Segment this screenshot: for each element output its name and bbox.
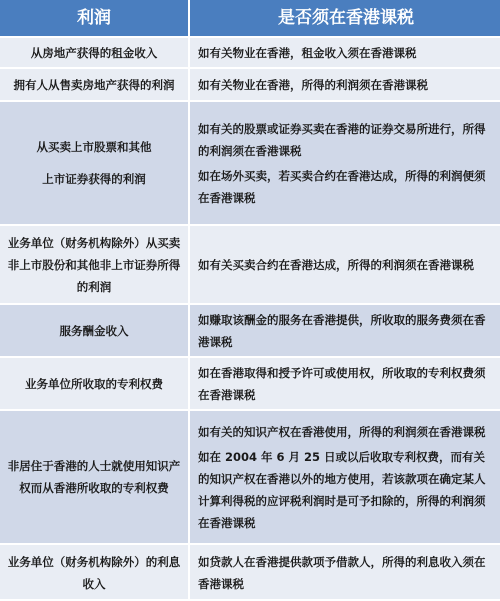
tax-table: 利润 是否须在香港课税 从房地产获得的租金收入 如有关物业在香港，租金收入须在香…: [0, 0, 500, 601]
row-2-taxable: 如有关物业在香港，所得的利润须在香港课税: [190, 69, 500, 102]
row-2-profit-text: 拥有人从售卖房地产获得的利润: [14, 74, 175, 96]
header-taxable: 是否须在香港课税: [190, 0, 500, 38]
row-1-taxable: 如有关物业在香港，租金收入须在香港课税: [190, 38, 500, 69]
row-6-taxable: 如在香港取得和授予许可或使用权，所收取的专利权费须在香港课税: [190, 358, 500, 411]
row-6-profit: 业务单位所收取的专利权费: [0, 358, 190, 411]
row-2-taxable-text: 如有关物业在香港，所得的利润须在香港课税: [198, 74, 494, 96]
row-3-taxable: 如有关的股票或证券买卖在香港的证券交易所进行，所得的利润须在香港课税 如在场外买…: [190, 102, 500, 226]
row-7-taxable-para-1: 如有关的知识产权在香港使用，所得的利润须在香港课税: [198, 421, 494, 443]
row-3-profit: 从买卖上市股票和其他 上市证券获得的利润: [0, 102, 190, 226]
row-3-taxable-para-2: 如在场外买卖，若买卖合约在香港达成，所得的利润便须在香港课税: [198, 165, 494, 209]
row-7-profit-text: 非居住于香港的人士就使用知识产权而从香港所收取的专利权费: [6, 455, 182, 499]
row-1-profit-text: 从房地产获得的租金收入: [31, 42, 158, 64]
row-8-taxable-text: 如贷款人在香港提供款项予借款人，所得的利息收入须在香港课税: [198, 551, 494, 595]
row-2-profit: 拥有人从售卖房地产获得的利润: [0, 69, 190, 102]
row-8-taxable: 如贷款人在香港提供款项予借款人，所得的利息收入须在香港课税: [190, 545, 500, 601]
row-7-taxable: 如有关的知识产权在香港使用，所得的利润须在香港课税 如在 2004 年 6 月 …: [190, 411, 500, 545]
row-4-profit: 业务单位（财务机构除外）从买卖非上市股份和其他非上市证券所得的利润: [0, 226, 190, 305]
header-taxable-label: 是否须在香港课税: [278, 7, 414, 29]
row-5-taxable: 如赚取该酬金的服务在香港提供，所收取的服务费须在香港课税: [190, 305, 500, 358]
row-5-profit-text: 服务酬金收入: [60, 320, 129, 342]
row-4-taxable-text: 如有关买卖合约在香港达成，所得的利润须在香港课税: [198, 254, 494, 276]
row-3-profit-line-2: 上市证券获得的利润: [42, 168, 146, 190]
row-5-taxable-text: 如赚取该酬金的服务在香港提供，所收取的服务费须在香港课税: [198, 309, 494, 353]
header-profit-label: 利润: [77, 7, 111, 29]
row-8-profit-text: 业务单位（财务机构除外）的利息收入: [6, 551, 182, 595]
row-3-profit-line-1: 从买卖上市股票和其他: [37, 136, 152, 158]
row-7-profit: 非居住于香港的人士就使用知识产权而从香港所收取的专利权费: [0, 411, 190, 545]
row-6-taxable-text: 如在香港取得和授予许可或使用权，所收取的专利权费须在香港课税: [198, 362, 494, 406]
row-5-profit: 服务酬金收入: [0, 305, 190, 358]
row-1-profit: 从房地产获得的租金收入: [0, 38, 190, 69]
header-profit: 利润: [0, 0, 190, 38]
row-8-profit: 业务单位（财务机构除外）的利息收入: [0, 545, 190, 601]
row-6-profit-text: 业务单位所收取的专利权费: [25, 373, 163, 395]
row-3-taxable-para-1: 如有关的股票或证券买卖在香港的证券交易所进行，所得的利润须在香港课税: [198, 118, 494, 162]
row-7-taxable-para-2: 如在 2004 年 6 月 25 日或以后收取专利权费，而有关的知识产权在香港以…: [198, 446, 494, 534]
row-4-taxable: 如有关买卖合约在香港达成，所得的利润须在香港课税: [190, 226, 500, 305]
row-1-taxable-text: 如有关物业在香港，租金收入须在香港课税: [198, 42, 494, 64]
row-4-profit-text: 业务单位（财务机构除外）从买卖非上市股份和其他非上市证券所得的利润: [6, 232, 182, 298]
